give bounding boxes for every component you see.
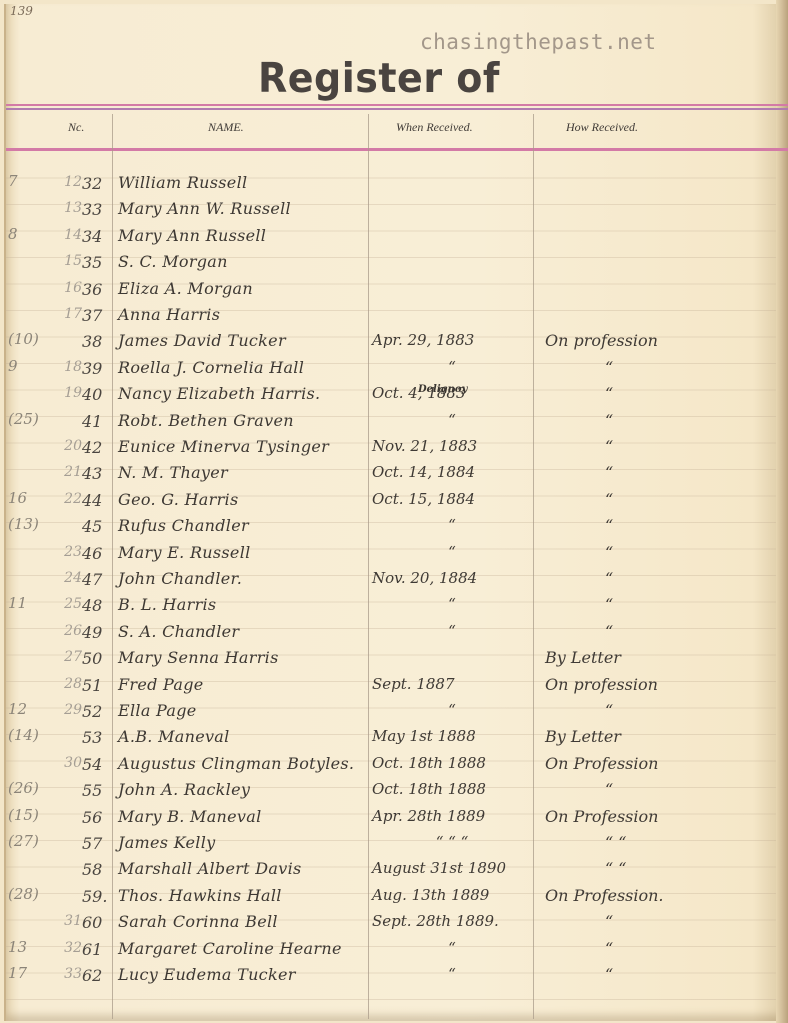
member-index: 16 <box>52 280 82 296</box>
member-index: 24 <box>52 570 82 586</box>
table-row: 1737Anna Harris <box>0 302 776 328</box>
table-row: 1333Mary Ann W. Russell <box>0 196 776 222</box>
member-name: Rufus Chandler <box>118 516 368 535</box>
member-index: 25 <box>52 596 82 612</box>
table-row: (10)38James David TuckerApr. 29, 1883On … <box>0 328 776 354</box>
member-name: Mary E. Russell <box>118 543 368 562</box>
member-index: 15 <box>52 253 82 269</box>
table-row: 81434Mary Ann Russell <box>0 223 776 249</box>
how-received: “ <box>545 939 788 958</box>
margin-note: 9 <box>8 357 56 375</box>
table-row: (26)55John A. RackleyOct. 18th 1888“ <box>0 777 776 803</box>
member-name: N. M. Thayer <box>118 463 368 482</box>
how-received: On Profession <box>545 807 765 826</box>
table-row: 162244Geo. G. HarrisOct. 15, 1884“ <box>0 487 776 513</box>
table-row: 1535S. C. Morgan <box>0 249 776 275</box>
margin-note: (14) <box>8 726 56 744</box>
member-name: Roella J. Cornelia Hall <box>118 358 368 377</box>
member-name: Mary Ann W. Russell <box>118 199 368 218</box>
member-name: A.B. Maneval <box>118 727 368 746</box>
entry-number: 56 <box>82 808 110 827</box>
entry-number: 44 <box>82 491 110 510</box>
margin-note: (10) <box>8 330 56 348</box>
entry-number: 46 <box>82 544 110 563</box>
how-received: On profession <box>545 331 765 350</box>
member-name: S. C. Morgan <box>118 252 368 271</box>
how-received: “ <box>545 912 788 931</box>
when-received: Oct. 18th 1888 <box>372 780 532 798</box>
entry-number: 42 <box>82 438 110 457</box>
margin-note: (15) <box>8 806 56 824</box>
table-row: (14)53A.B. ManevalMay 1st 1888By Letter <box>0 724 776 750</box>
table-row: 1636Eliza A. Morgan <box>0 276 776 302</box>
entry-number: 50 <box>82 649 110 668</box>
member-index: 14 <box>52 227 82 243</box>
table-row: 71232William Russell <box>0 170 776 196</box>
member-name: Nancy Elizabeth Harris. <box>118 384 368 403</box>
entry-number: 47 <box>82 570 110 589</box>
member-index: 13 <box>52 200 82 216</box>
column-header-how: How Received. <box>566 120 638 135</box>
table-row: (25)41Robt. Bethen Graven““ <box>0 408 776 434</box>
how-received: “ <box>545 965 788 984</box>
how-received: On Profession. <box>545 886 765 905</box>
how-received: “ <box>545 622 788 641</box>
entry-number: 48 <box>82 596 110 615</box>
table-row: 2042Eunice Minerva TysingerNov. 21, 1883… <box>0 434 776 460</box>
entry-number: 45 <box>82 517 110 536</box>
member-name: James Kelly <box>118 833 368 852</box>
margin-note: 13 <box>8 938 56 956</box>
column-header-no: Nc. <box>68 120 84 135</box>
entry-number: 43 <box>82 464 110 483</box>
margin-note: 12 <box>8 700 56 718</box>
how-received: “ <box>545 437 788 456</box>
member-name: John A. Rackley <box>118 780 368 799</box>
table-row: 3160Sarah Corinna BellSept. 28th 1889.“ <box>0 909 776 935</box>
margin-note: 7 <box>8 172 56 190</box>
table-row: 2346Mary E. Russell““ <box>0 540 776 566</box>
table-row: 2750Mary Senna HarrisBy Letter <box>0 645 776 671</box>
entry-number: 62 <box>82 966 110 985</box>
when-received: May 1st 1888 <box>372 727 532 745</box>
how-received: On profession <box>545 675 765 694</box>
member-name: Anna Harris <box>118 305 368 324</box>
when-received: Sept. 1887 <box>372 675 532 693</box>
member-index: 32 <box>52 940 82 956</box>
member-index: 20 <box>52 438 82 454</box>
when-received: Oct. 15, 1884 <box>372 490 532 508</box>
when-received: August 31st 1890 <box>372 859 532 877</box>
member-index: 30 <box>52 755 82 771</box>
entry-number: 54 <box>82 755 110 774</box>
margin-note: 8 <box>8 225 56 243</box>
table-row: 122952Ella Page““ <box>0 698 776 724</box>
how-received: “ <box>545 516 788 535</box>
entry-number: 35 <box>82 253 110 272</box>
member-name: Robt. Bethen Graven <box>118 411 368 430</box>
table-row: 3054Augustus Clingman Botyles.Oct. 18th … <box>0 751 776 777</box>
margin-note: (25) <box>8 410 56 428</box>
entry-number: 49 <box>82 623 110 642</box>
table-row: (27)57James Kelly“ “ ““ “ <box>0 830 776 856</box>
table-row: 133261Margaret Caroline Hearne““ <box>0 936 776 962</box>
how-received: By Letter <box>545 648 765 667</box>
member-index: 17 <box>52 306 82 322</box>
entry-number: 58 <box>82 860 110 879</box>
how-received: “ <box>545 595 788 614</box>
entry-number: 41 <box>82 412 110 431</box>
margin-note: (28) <box>8 885 56 903</box>
table-row: 2143N. M. ThayerOct. 14, 1884“ <box>0 460 776 486</box>
entry-number: 40 <box>82 385 110 404</box>
entry-number: 32 <box>82 174 110 193</box>
table-row: 2447John Chandler.Nov. 20, 1884“ <box>0 566 776 592</box>
member-index: 21 <box>52 464 82 480</box>
how-received: “ <box>545 780 788 799</box>
member-index: 33 <box>52 966 82 982</box>
how-received: By Letter <box>545 727 765 746</box>
how-received: “ <box>545 701 788 720</box>
table-row: 1940Nancy Elizabeth Harris.Oct. 4, 1883“ <box>0 381 776 407</box>
entry-number: 39 <box>82 359 110 378</box>
member-name: Sarah Corinna Bell <box>118 912 368 931</box>
member-name: Lucy Eudema Tucker <box>118 965 368 984</box>
margin-note: (13) <box>8 515 56 533</box>
table-row: 2851Fred PageSept. 1887On profession <box>0 672 776 698</box>
member-name: Ella Page <box>118 701 368 720</box>
table-row: 173362Lucy Eudema Tucker““ <box>0 962 776 988</box>
member-name: Margaret Caroline Hearne <box>118 939 368 958</box>
how-received: “ <box>545 490 788 509</box>
when-received: Apr. 29, 1883 <box>372 331 532 349</box>
member-name: B. L. Harris <box>118 595 368 614</box>
margin-note: (27) <box>8 832 56 850</box>
member-index: 22 <box>52 491 82 507</box>
how-received: “ <box>545 358 788 377</box>
margin-note: 11 <box>8 594 56 612</box>
how-received: On Profession <box>545 754 765 773</box>
table-row: 112548B. L. Harris““ <box>0 592 776 618</box>
when-received: Aug. 13th 1889 <box>372 886 532 904</box>
how-received: “ <box>545 543 788 562</box>
entry-number: 59. <box>82 887 110 906</box>
page-number: 139 <box>10 4 33 18</box>
entry-number: 33 <box>82 200 110 219</box>
margin-note: (26) <box>8 779 56 797</box>
when-received: Nov. 21, 1883 <box>372 437 532 455</box>
member-name: Mary Senna Harris <box>118 648 368 667</box>
entry-number: 38 <box>82 332 110 351</box>
table-row: 2649S. A. Chandler““ <box>0 619 776 645</box>
entry-number: 52 <box>82 702 110 721</box>
margin-note: 16 <box>8 489 56 507</box>
member-index: 29 <box>52 702 82 718</box>
entry-number: 61 <box>82 940 110 959</box>
member-name: Mary Ann Russell <box>118 226 368 245</box>
member-index: 23 <box>52 544 82 560</box>
page-title: Register of <box>258 54 500 102</box>
how-received: “ “ <box>545 859 788 878</box>
when-received: Nov. 20, 1884 <box>372 569 532 587</box>
member-name: James David Tucker <box>118 331 368 350</box>
member-index: 28 <box>52 676 82 692</box>
header-bottom-rule <box>6 148 788 151</box>
entry-number: 51 <box>82 676 110 695</box>
entry-number: 36 <box>82 280 110 299</box>
member-name: John Chandler. <box>118 569 368 588</box>
member-name: S. A. Chandler <box>118 622 368 641</box>
table-row: (28)59.Thos. Hawkins HallAug. 13th 1889O… <box>0 883 776 909</box>
member-index: 12 <box>52 174 82 190</box>
table-row: 58Marshall Albert DavisAugust 31st 1890“… <box>0 856 776 882</box>
member-name: Marshall Albert Davis <box>118 859 368 878</box>
member-index: 18 <box>52 359 82 375</box>
member-name: Mary B. Maneval <box>118 807 368 826</box>
header-top-rule <box>6 104 788 110</box>
entry-number: 55 <box>82 781 110 800</box>
how-received: “ “ <box>545 833 788 852</box>
member-name: Augustus Clingman Botyles. <box>118 754 368 773</box>
member-name: William Russell <box>118 173 368 192</box>
entry-number: 34 <box>82 227 110 246</box>
entry-number: 53 <box>82 728 110 747</box>
entry-number: 37 <box>82 306 110 325</box>
member-name: Thos. Hawkins Hall <box>118 886 368 905</box>
when-received: Oct. 14, 1884 <box>372 463 532 481</box>
when-received: Apr. 28th 1889 <box>372 807 532 825</box>
member-index: 31 <box>52 913 82 929</box>
member-name: Eunice Minerva Tysinger <box>118 437 368 456</box>
member-index: 26 <box>52 623 82 639</box>
entry-number: 57 <box>82 834 110 853</box>
when-received: Sept. 28th 1889. <box>372 912 532 930</box>
member-name: Eliza A. Morgan <box>118 279 368 298</box>
how-received: “ <box>545 384 788 403</box>
how-received: “ <box>545 463 788 482</box>
when-received: Oct. 18th 1888 <box>372 754 532 772</box>
member-index: 27 <box>52 649 82 665</box>
how-received: “ <box>545 411 788 430</box>
when-received: Oct. 4, 1883 <box>372 384 532 402</box>
member-name: Fred Page <box>118 675 368 694</box>
table-row: (13)45Rufus Chandler““ <box>0 513 776 539</box>
how-received: “ <box>545 569 788 588</box>
member-name: Geo. G. Harris <box>118 490 368 509</box>
member-index: 19 <box>52 385 82 401</box>
watermark: chasingthepast.net <box>420 30 657 54</box>
column-header-when: When Received. <box>396 120 473 135</box>
entry-number: 60 <box>82 913 110 932</box>
margin-note: 17 <box>8 964 56 982</box>
column-header-name: NAME. <box>208 120 244 135</box>
table-row: 91839Roella J. Cornelia Hall““ <box>0 355 776 381</box>
table-row: (15)56Mary B. ManevalApr. 28th 1889On Pr… <box>0 804 776 830</box>
